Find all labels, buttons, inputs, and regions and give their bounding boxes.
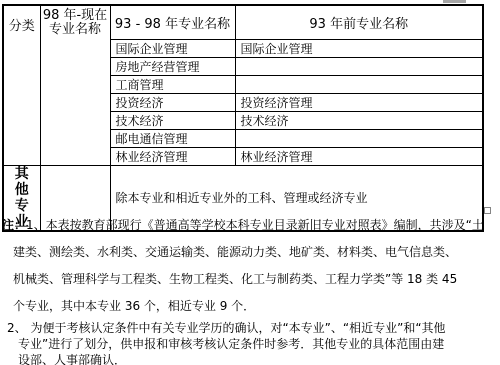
header-98-now-line1: 98 年-现在 bbox=[41, 9, 110, 23]
cell-93-98: 国际企业管理 bbox=[110, 39, 235, 57]
note-1-line-4: 个专业，其中本专业 36 个，相近专业 9 个． bbox=[13, 293, 498, 320]
cell-before-93 bbox=[235, 129, 483, 147]
cell-93-98: 工商管理 bbox=[110, 75, 235, 93]
note-2-line-3: 设部、人事部确认． bbox=[18, 352, 498, 365]
header-cell-93-98: 93 - 98 年专业名称 bbox=[110, 5, 235, 39]
major-mapping-table: 分类 98 年-现在 专业名称 93 - 98 年专业名称 93 年前专业名称 … bbox=[2, 4, 484, 232]
document-page: 分类 98 年-现在 专业名称 93 - 98 年专业名称 93 年前专业名称 … bbox=[0, 0, 500, 365]
cell-before-93 bbox=[235, 57, 483, 75]
cell-93-98: 技术经济 bbox=[110, 111, 235, 129]
cell-93-98: 投资经济 bbox=[110, 93, 235, 111]
header-category-label: 分类 bbox=[4, 6, 40, 34]
note-1-line-1: 1、本表按教育部现行《普通高等学校本科专业目录新旧专业对照表》编制，共涉及“土 bbox=[26, 218, 484, 232]
header-row: 分类 98 年-现在 专业名称 93 - 98 年专业名称 93 年前专业名称 bbox=[3, 5, 483, 39]
header-98-now-line2: 专业名称 bbox=[41, 23, 110, 37]
header-cell-98-now: 98 年-现在 专业名称 bbox=[40, 5, 110, 165]
cell-93-98: 房地产经营管理 bbox=[110, 57, 235, 75]
note-line: 注：1、本表按教育部现行《普通高等学校本科专业目录新旧专业对照表》编制，共涉及“… bbox=[2, 212, 498, 239]
cell-before-93 bbox=[235, 75, 483, 93]
note-2-line-1: 2、 为便于考核认定条件中有关专业学历的确认，对“本专业”、“相近专业”和“其他 bbox=[7, 320, 498, 336]
cell-before-93: 投资经济管理 bbox=[235, 93, 483, 111]
cell-93-98: 邮电通信管理 bbox=[110, 129, 235, 147]
cell-93-98: 林业经济管理 bbox=[110, 147, 235, 165]
cell-before-93: 国际企业管理 bbox=[235, 39, 483, 57]
notes-label: 注： bbox=[2, 218, 26, 232]
cell-before-93: 林业经济管理 bbox=[235, 147, 483, 165]
note-2-line-2: 专业”进行了划分，供申报和审核考核认定条件时参考．其他专业的具体范围由建 bbox=[18, 336, 498, 352]
header-cell-category: 分类 bbox=[3, 5, 40, 165]
header-cell-before-93: 93 年前专业名称 bbox=[235, 5, 483, 39]
cell-before-93: 技术经济 bbox=[235, 111, 483, 129]
note-1-line-3: 机械类、管理科学与工程类、生物工程类、化工与制药类、工程力学类”等 18 类 4… bbox=[13, 266, 498, 293]
note-1-line-2: 建类、测绘类、水利类、交通运输类、能源动力类、地矿类、材料类、电气信息类、 bbox=[13, 239, 498, 266]
ruler-column-marker[interactable] bbox=[443, 0, 466, 3]
notes-section: 注：1、本表按教育部现行《普通高等学校本科专业目录新旧专业对照表》编制，共涉及“… bbox=[2, 212, 498, 365]
